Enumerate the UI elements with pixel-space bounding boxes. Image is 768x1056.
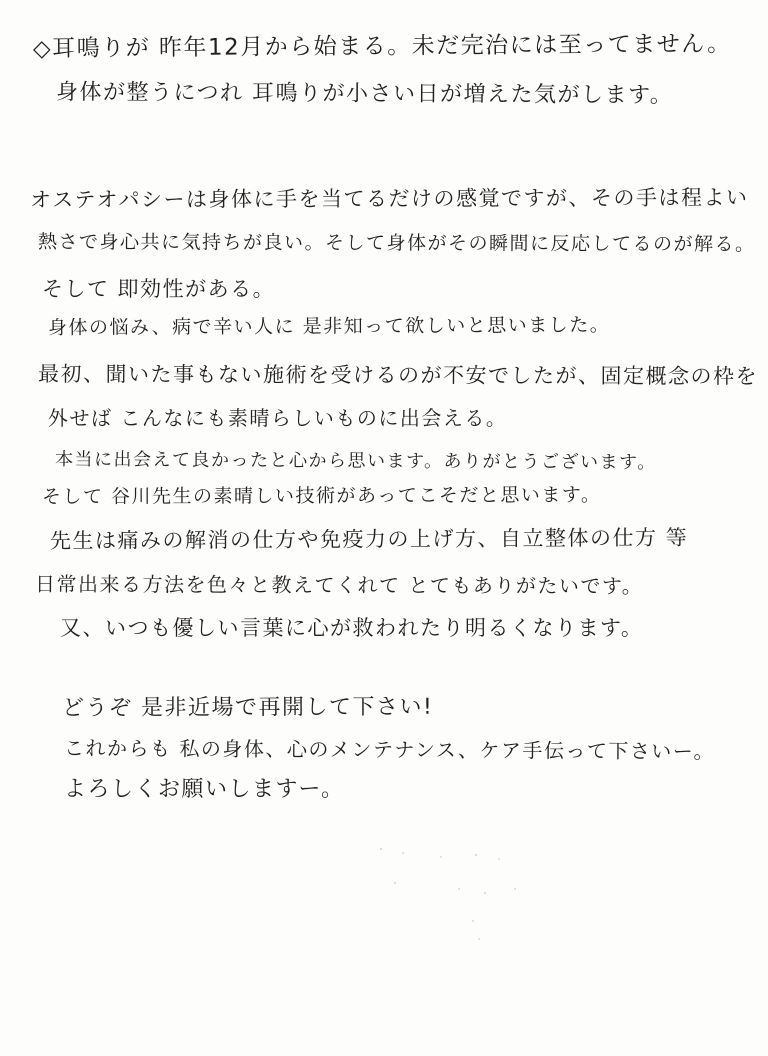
handwritten-line: 外せば こんなにも素晴らしいものに出会える。 xyxy=(48,406,507,430)
handwritten-line: 本当に出会えて良かったと心から思います。ありがとうございます。 xyxy=(55,449,657,474)
handwritten-letter-page: ◇耳鳴りが 昨年12月から始まる。未だ完治には至ってません。 身体が整うにつれ … xyxy=(0,0,768,1056)
handwritten-line: 身体が整うにつれ 耳鳴りが小さい日が増えた気がします。 xyxy=(56,80,673,110)
handwritten-line: どうぞ 是非近場で再開して下さい! xyxy=(62,695,433,723)
pencil-smudge-marks xyxy=(380,848,382,850)
handwritten-line: そして 即効性がある。 xyxy=(42,277,275,302)
handwritten-line: 最初、聞いた事もない施術を受けるのが不安でしたが、固定概念の枠を xyxy=(38,362,758,390)
handwritten-line: 又、いつも優しい言葉に心が救われたり明るくなります。 xyxy=(60,616,643,641)
handwritten-line: 熱さで身心共に気持ちが良い。そして身体がその瞬間に反応してるのが解る。 xyxy=(38,231,756,256)
handwritten-line: よろしくお願いしますー。 xyxy=(64,777,344,803)
handwritten-line: これからも 私の身体、心のメンテナンス、ケア手伝って下さいー。 xyxy=(64,736,715,763)
handwritten-line: オステオパシーは身体に手を当てるだけの感覚ですが、その手は程よい xyxy=(30,185,749,213)
handwritten-line: 日常出来る方法を色々と教えてくれて とてもありがたいです。 xyxy=(35,572,643,598)
handwritten-line: 先生は痛みの解消の仕方や免疫力の上げ方、自立整体の仕方 等 xyxy=(50,526,688,555)
handwritten-line: ◇耳鳴りが 昨年12月から始まる。未だ完治には至ってません。 xyxy=(33,31,732,63)
handwritten-line: そして 谷川先生の素晴しい技術があってこそだと思います。 xyxy=(42,484,601,509)
handwritten-line: 身体の悩み、病で辛い人に 是非知って欲しいと思いました。 xyxy=(48,314,610,340)
